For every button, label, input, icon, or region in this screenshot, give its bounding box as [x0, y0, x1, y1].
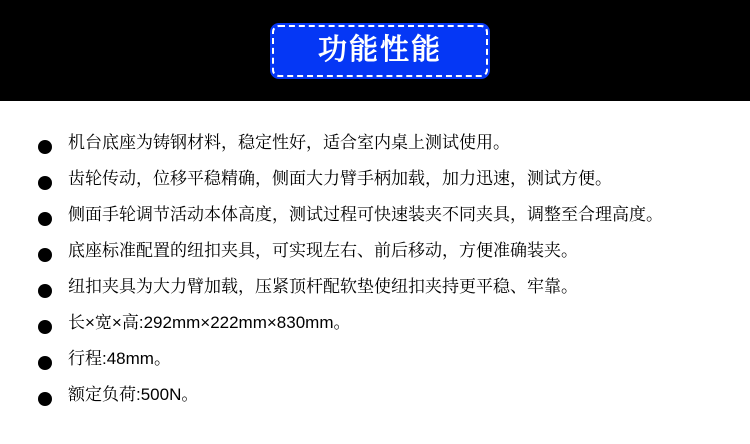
- list-item: 额定负荷:500N。: [38, 384, 730, 406]
- feature-list: 机台底座为铸钢材料，稳定性好，适合室内桌上测试使用。 齿轮传动，位移平稳精确，侧…: [38, 132, 730, 406]
- list-item: 底座标准配置的纽扣夹具，可实现左右、前后移动，方便准确装夹。: [38, 240, 730, 262]
- feature-section: 机台底座为铸钢材料，稳定性好，适合室内桌上测试使用。 齿轮传动，位移平稳精确，侧…: [0, 101, 750, 420]
- list-item: 行程:48mm。: [38, 348, 730, 370]
- list-item: 长×宽×高:292mm×222mm×830mm。: [38, 312, 730, 334]
- list-item: 齿轮传动，位移平稳精确，侧面大力臂手柄加载，加力迅速，测试方便。: [38, 168, 730, 190]
- feature-text: 额定负荷:500N。: [68, 384, 198, 406]
- bullet-icon: [38, 356, 52, 370]
- feature-text: 侧面手轮调节活动本体高度，测试过程可快速装夹不同夹具，调整至合理高度。: [68, 204, 663, 226]
- feature-text: 底座标准配置的纽扣夹具，可实现左右、前后移动，方便准确装夹。: [68, 240, 578, 262]
- list-item: 侧面手轮调节活动本体高度，测试过程可快速装夹不同夹具，调整至合理高度。: [38, 204, 730, 226]
- bullet-icon: [38, 284, 52, 298]
- bullet-icon: [38, 176, 52, 190]
- bullet-icon: [38, 320, 52, 334]
- list-item: 机台底座为铸钢材料，稳定性好，适合室内桌上测试使用。: [38, 132, 730, 154]
- top-black-band: 功能性能: [0, 0, 750, 101]
- dashed-border: 功能性能: [272, 25, 488, 77]
- section-title-box: 功能性能: [270, 23, 490, 79]
- bullet-icon: [38, 392, 52, 406]
- bullet-icon: [38, 212, 52, 226]
- feature-text: 齿轮传动，位移平稳精确，侧面大力臂手柄加载，加力迅速，测试方便。: [68, 168, 612, 190]
- bullet-icon: [38, 248, 52, 262]
- feature-text: 机台底座为铸钢材料，稳定性好，适合室内桌上测试使用。: [68, 132, 510, 154]
- list-item: 纽扣夹具为大力臂加载，压紧顶杆配软垫使纽扣夹持更平稳、牢靠。: [38, 276, 730, 298]
- page-title: 功能性能: [318, 36, 442, 67]
- bullet-icon: [38, 140, 52, 154]
- feature-text: 长×宽×高:292mm×222mm×830mm。: [68, 312, 351, 334]
- feature-text: 纽扣夹具为大力臂加载，压紧顶杆配软垫使纽扣夹持更平稳、牢靠。: [68, 276, 578, 298]
- feature-text: 行程:48mm。: [68, 348, 171, 370]
